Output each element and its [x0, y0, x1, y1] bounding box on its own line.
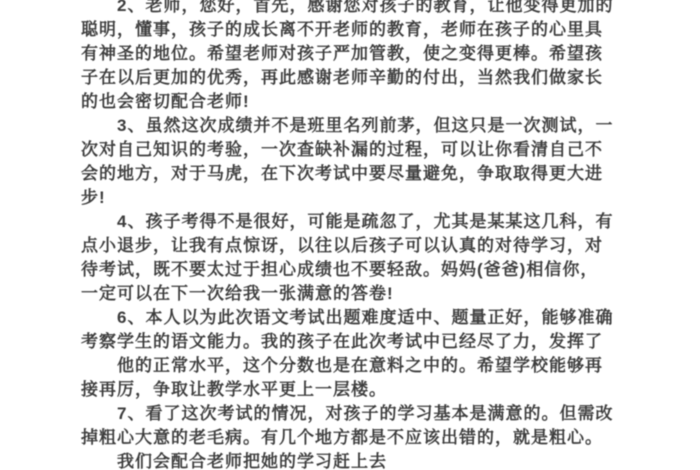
paragraph-2-line-3: 有神圣的地位。希望老师对孩子严加管教，使之变得更棒。希望孩: [81, 42, 661, 66]
paragraph-7-line-2: 掉粗心大意的老毛病。有几个地方都是不应该出错的，就是粗心。: [81, 426, 661, 450]
paragraph-6-line-3: 他的正常水平，这个分数也是在意料之中的。希望学校能够再: [81, 354, 661, 378]
paragraph-2-line-1: 2、老师，您好，首先，感谢您对孩子的教育，让他变得更加的: [81, 0, 661, 18]
paragraph-7-line-3: 我们会配合老师把她的学习赶上去: [81, 450, 661, 470]
paragraph-4-line-4: 一定可以在下一次给我一张满意的答卷!: [81, 282, 661, 306]
paragraph-7-line-1: 7、看了这次考试的情况，对孩子的学习基本是满意的。但需改: [81, 402, 661, 426]
document-page: 2、老师，您好，首先，感谢您对孩子的教育，让他变得更加的 聪明，懂事，孩子的成长…: [0, 0, 700, 470]
paragraph-6-line-1: 6、本人以为此次语文考试出题难度适中、题量正好，能够准确: [81, 306, 661, 330]
paragraph-4-line-1: 4、孩子考得不是很好，可能是疏忽了，尤其是某某这几科，有: [81, 210, 661, 234]
paragraph-3-line-2: 次对自己知识的考验，一次查缺补漏的过程，可以让你看清自己不: [81, 138, 661, 162]
paragraph-3-line-4: 步!: [81, 186, 661, 210]
paragraph-4-line-3: 待考试，既不要太过于担心成绩也不要轻敌。妈妈(爸爸)相信你，: [81, 258, 661, 282]
paragraph-4-line-2: 点小退步，让我有点惊讶，以往以后孩子可以认真的对待学习，对: [81, 234, 661, 258]
paragraph-6-line-4: 接再厉，争取让教学水平更上一层楼。: [81, 378, 661, 402]
paragraph-6-line-2: 考察学生的语文能力。我的孩子在此次考试中已经尽了力，发挥了: [81, 330, 661, 354]
text-block: 2、老师，您好，首先，感谢您对孩子的教育，让他变得更加的 聪明，懂事，孩子的成长…: [81, 0, 661, 470]
paragraph-2-line-5: 的也会密切配合老师!: [81, 90, 661, 114]
paragraph-3-line-1: 3、虽然这次成绩并不是班里名列前茅，但这只是一次测试，一: [81, 114, 661, 138]
paragraph-2-line-2: 聪明，懂事，孩子的成长离不开老师的教育，老师在孩子的心里具: [81, 18, 661, 42]
paragraph-3-line-3: 会的地方，对于马虎，在下次考试中要尽量避免，争取取得更大进: [81, 162, 661, 186]
paragraph-2-line-4: 子在以后更加的优秀，再此感谢老师辛勤的付出，当然我们做家长: [81, 66, 661, 90]
